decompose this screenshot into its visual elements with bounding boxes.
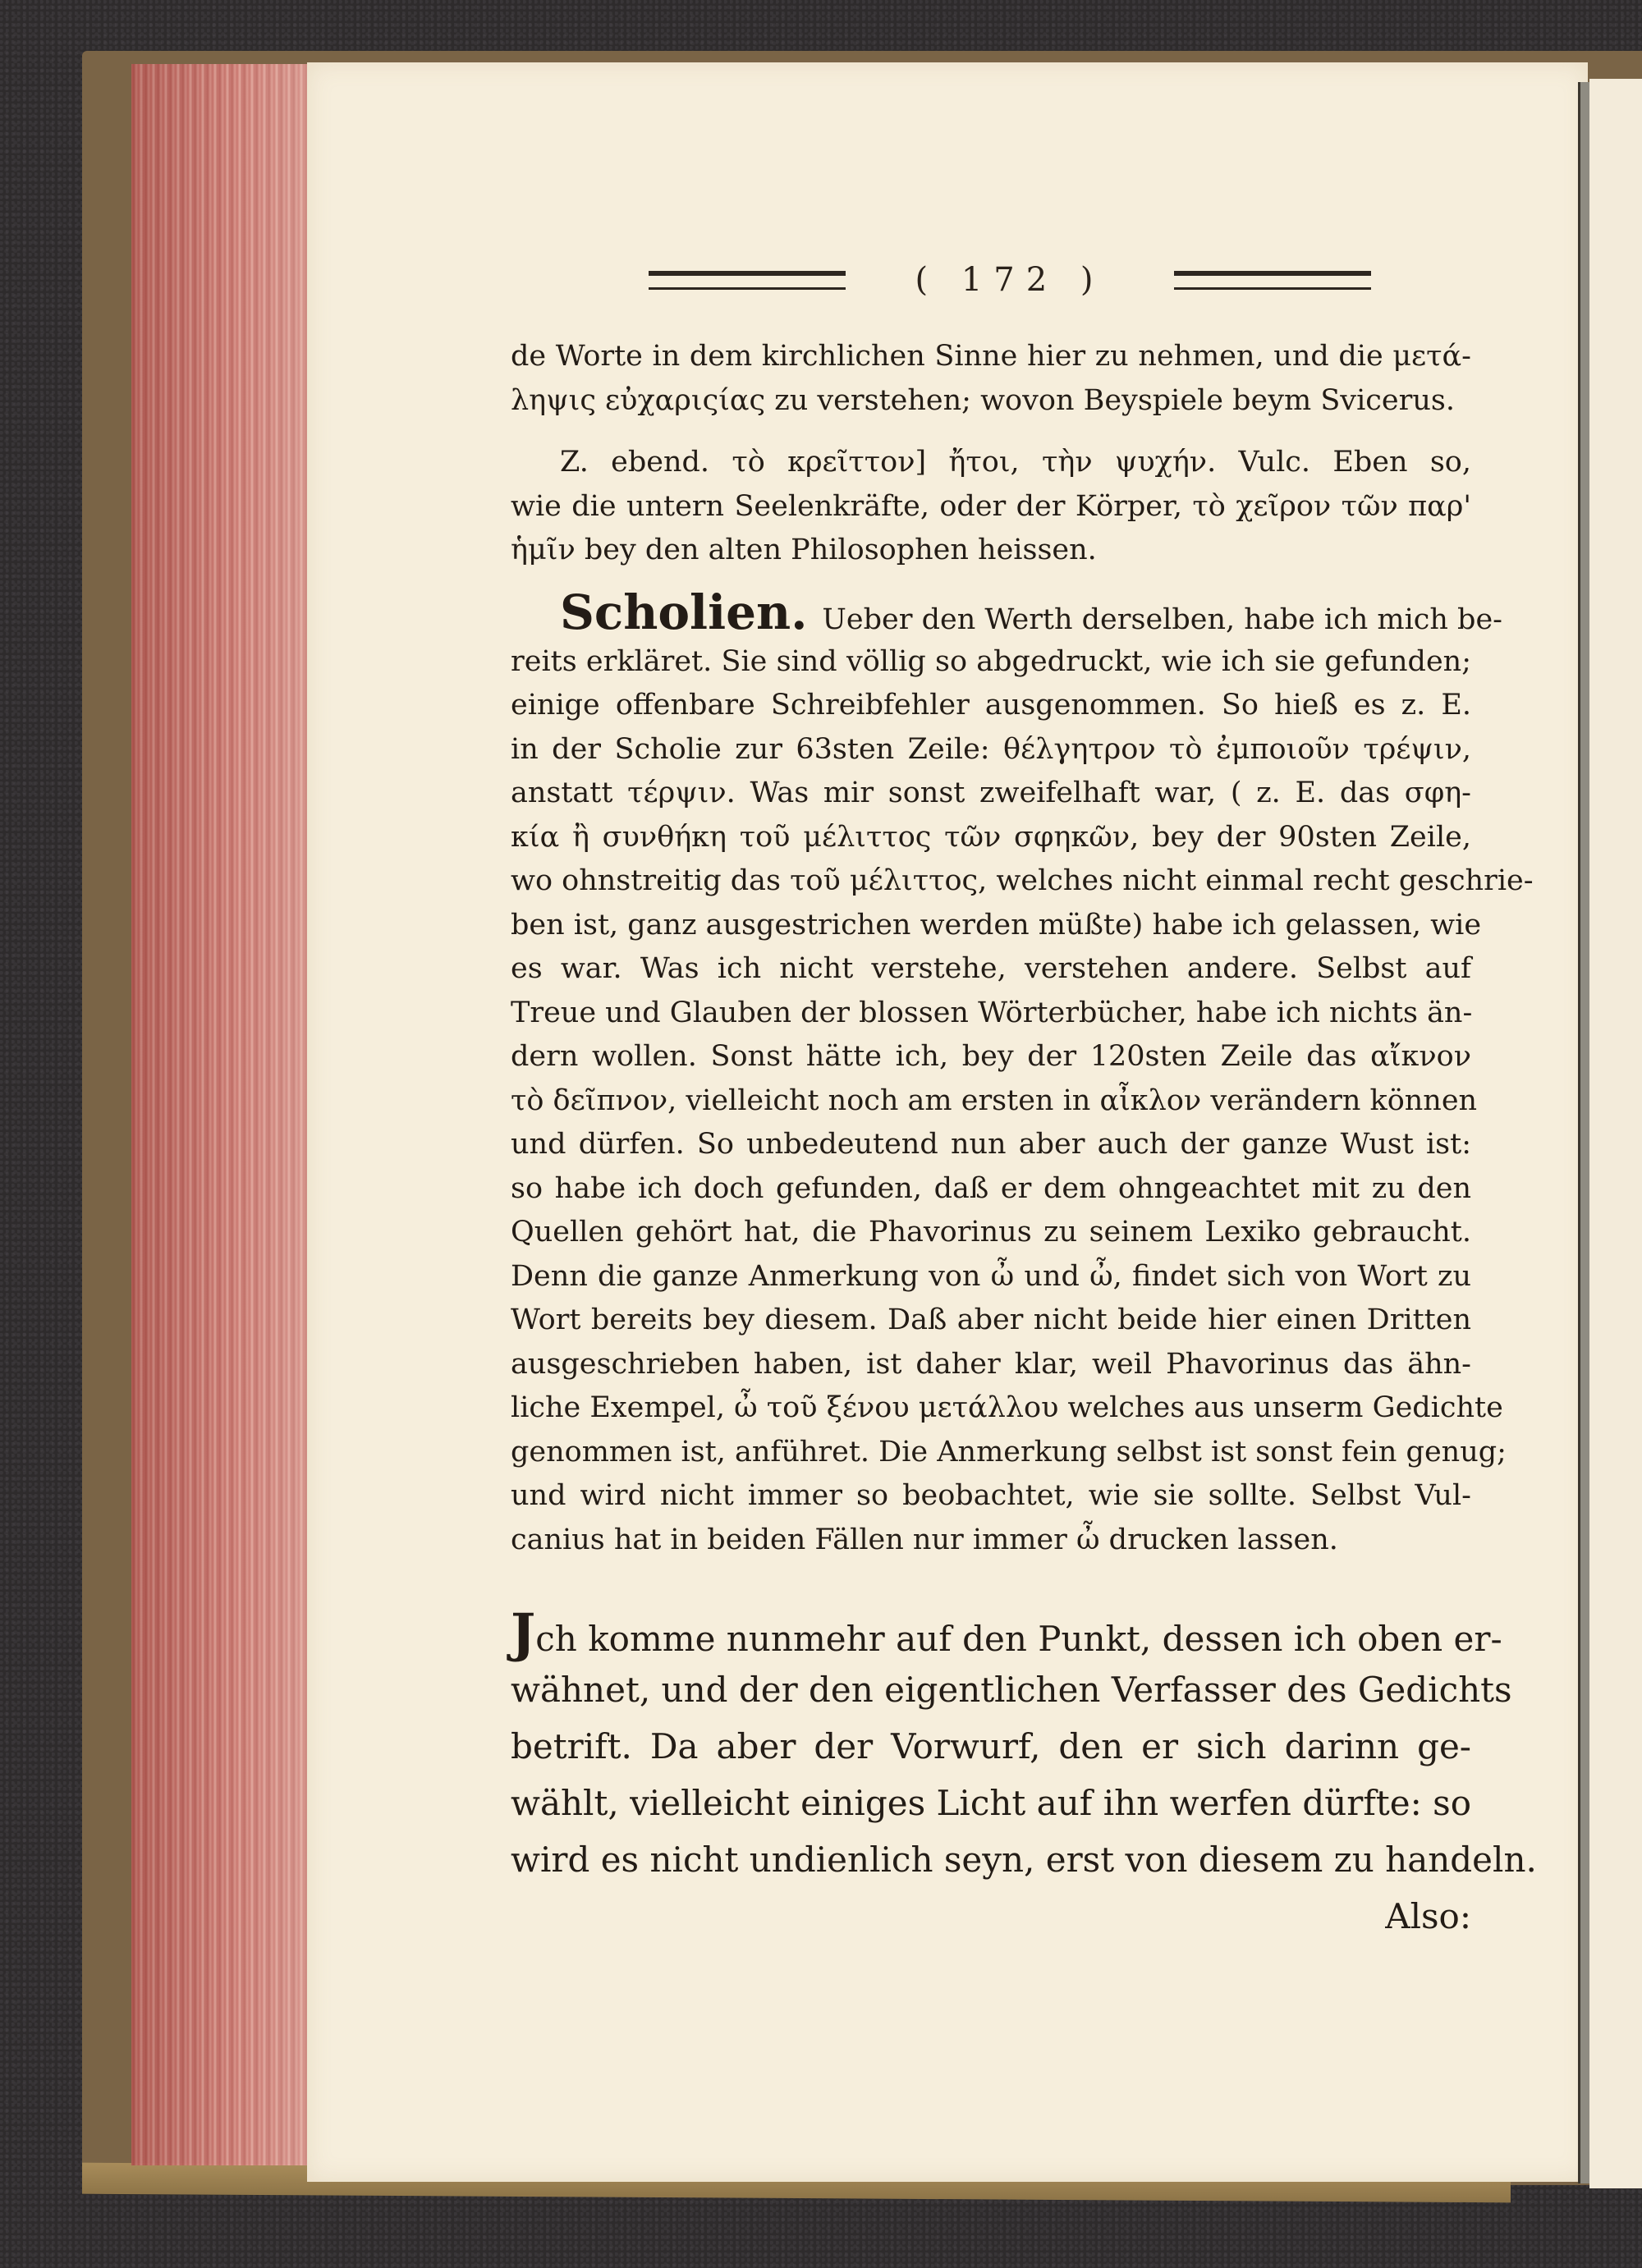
scholien-first-line: Scholien.Ueber den Werth derselben, habe… [511,591,1471,640]
text-line: Treue und Glauben der blossen Wörterbüch… [511,992,1471,1036]
scholien-heading: Scholien. [560,584,807,640]
text-line: liche Exempel, ὦ τοῦ ξένου μετάλλου welc… [511,1386,1471,1431]
page-number: ( 172 ) [915,261,1105,299]
text-line: ἡμῖν bey den alten Philosophen heissen. [511,529,1471,573]
text-line: τὸ δεῖπνον, vielleicht noch am ersten in… [511,1079,1471,1124]
page-body: de Worte in dem kirchlichen Sinne hier z… [511,335,1471,1946]
text-line: canius hat in beiden Fällen nur immer ὦ … [511,1519,1471,1563]
text-line: wählt, vielleicht einiges Licht auf ihn … [511,1776,1471,1833]
closing-first-line: Jch komme nunmehr auf den Punkt, dessen … [511,1606,1471,1663]
text-line: de Worte in dem kirchlichen Sinne hier z… [511,335,1471,379]
text-line: Z. ebend. τὸ κρεῖττον] ἤτοι, τὴν ψυχήν. … [511,441,1471,485]
text-line: Quellen gehört hat, die Phavorinus zu se… [511,1211,1471,1255]
text-line: ben ist, ganz ausgestrichen werden müßte… [511,904,1471,948]
header-rule-right [1174,271,1371,290]
text-line: anstatt τέρψιν. Was mir sonst zweifelhaf… [511,772,1471,816]
text-line: Wort bereits bey diesem. Daß aber nicht … [511,1299,1471,1343]
closing-paragraph: Jch komme nunmehr auf den Punkt, dessen … [511,1606,1471,1946]
text-line: es war. Was ich nicht verstehe, verstehe… [511,947,1471,992]
text-line: wähnet, und der den eigentlichen Verfass… [511,1663,1471,1720]
text-line: ch komme nunmehr auf den Punkt, dessen i… [535,1619,1502,1659]
text-line: ληψις εὐχαριςίας zu verstehen; wovon Bey… [511,379,1471,424]
text-line: und dürfen. So unbedeutend nun aber auch… [511,1123,1471,1167]
text-line: κία ἢ συνθήκη τοῦ μέλιττος τῶν σφηκῶν, b… [511,816,1471,860]
text-line: genommen ist, anführet. Die Anmerkung se… [511,1431,1471,1475]
text-line: ausgeschrieben haben, ist daher klar, we… [511,1343,1471,1387]
text-line: in der Scholie zur 63sten Zeile: θέλγητρ… [511,728,1471,772]
red-page-edges [131,64,307,2165]
text-line: reits erkläret. Sie sind völlig so abged… [511,640,1471,685]
drop-cap: J [511,1602,535,1664]
text-line: und wird nicht immer so beobachtet, wie … [511,1474,1471,1519]
header-rule-left [649,271,846,290]
catchword: Also: [511,1890,1471,1946]
text-line: betrift. Da aber der Vorwurf, den er sic… [511,1720,1471,1776]
facing-page-edge [1589,79,1642,2188]
text-line: einige offenbare Schreibfehler ausgenomm… [511,684,1471,728]
page-header: ( 172 ) [649,259,1371,300]
text-line: wird es nicht undienlich seyn, erst von … [511,1833,1471,1890]
text-line: wo ohnstreitig das τοῦ μέλιττος, welches… [511,859,1471,904]
text-line: Ueber den Werth derselben, habe ich mich… [822,603,1502,636]
text-line: so habe ich doch gefunden, daß er dem oh… [511,1167,1471,1212]
text-line: dern wollen. Sonst hätte ich, bey der 12… [511,1035,1471,1079]
text-line: wie die untern Seelenkräfte, oder der Kö… [511,485,1471,529]
text-line: Denn die ganze Anmerkung von ὦ und ὦ, fi… [511,1255,1471,1299]
